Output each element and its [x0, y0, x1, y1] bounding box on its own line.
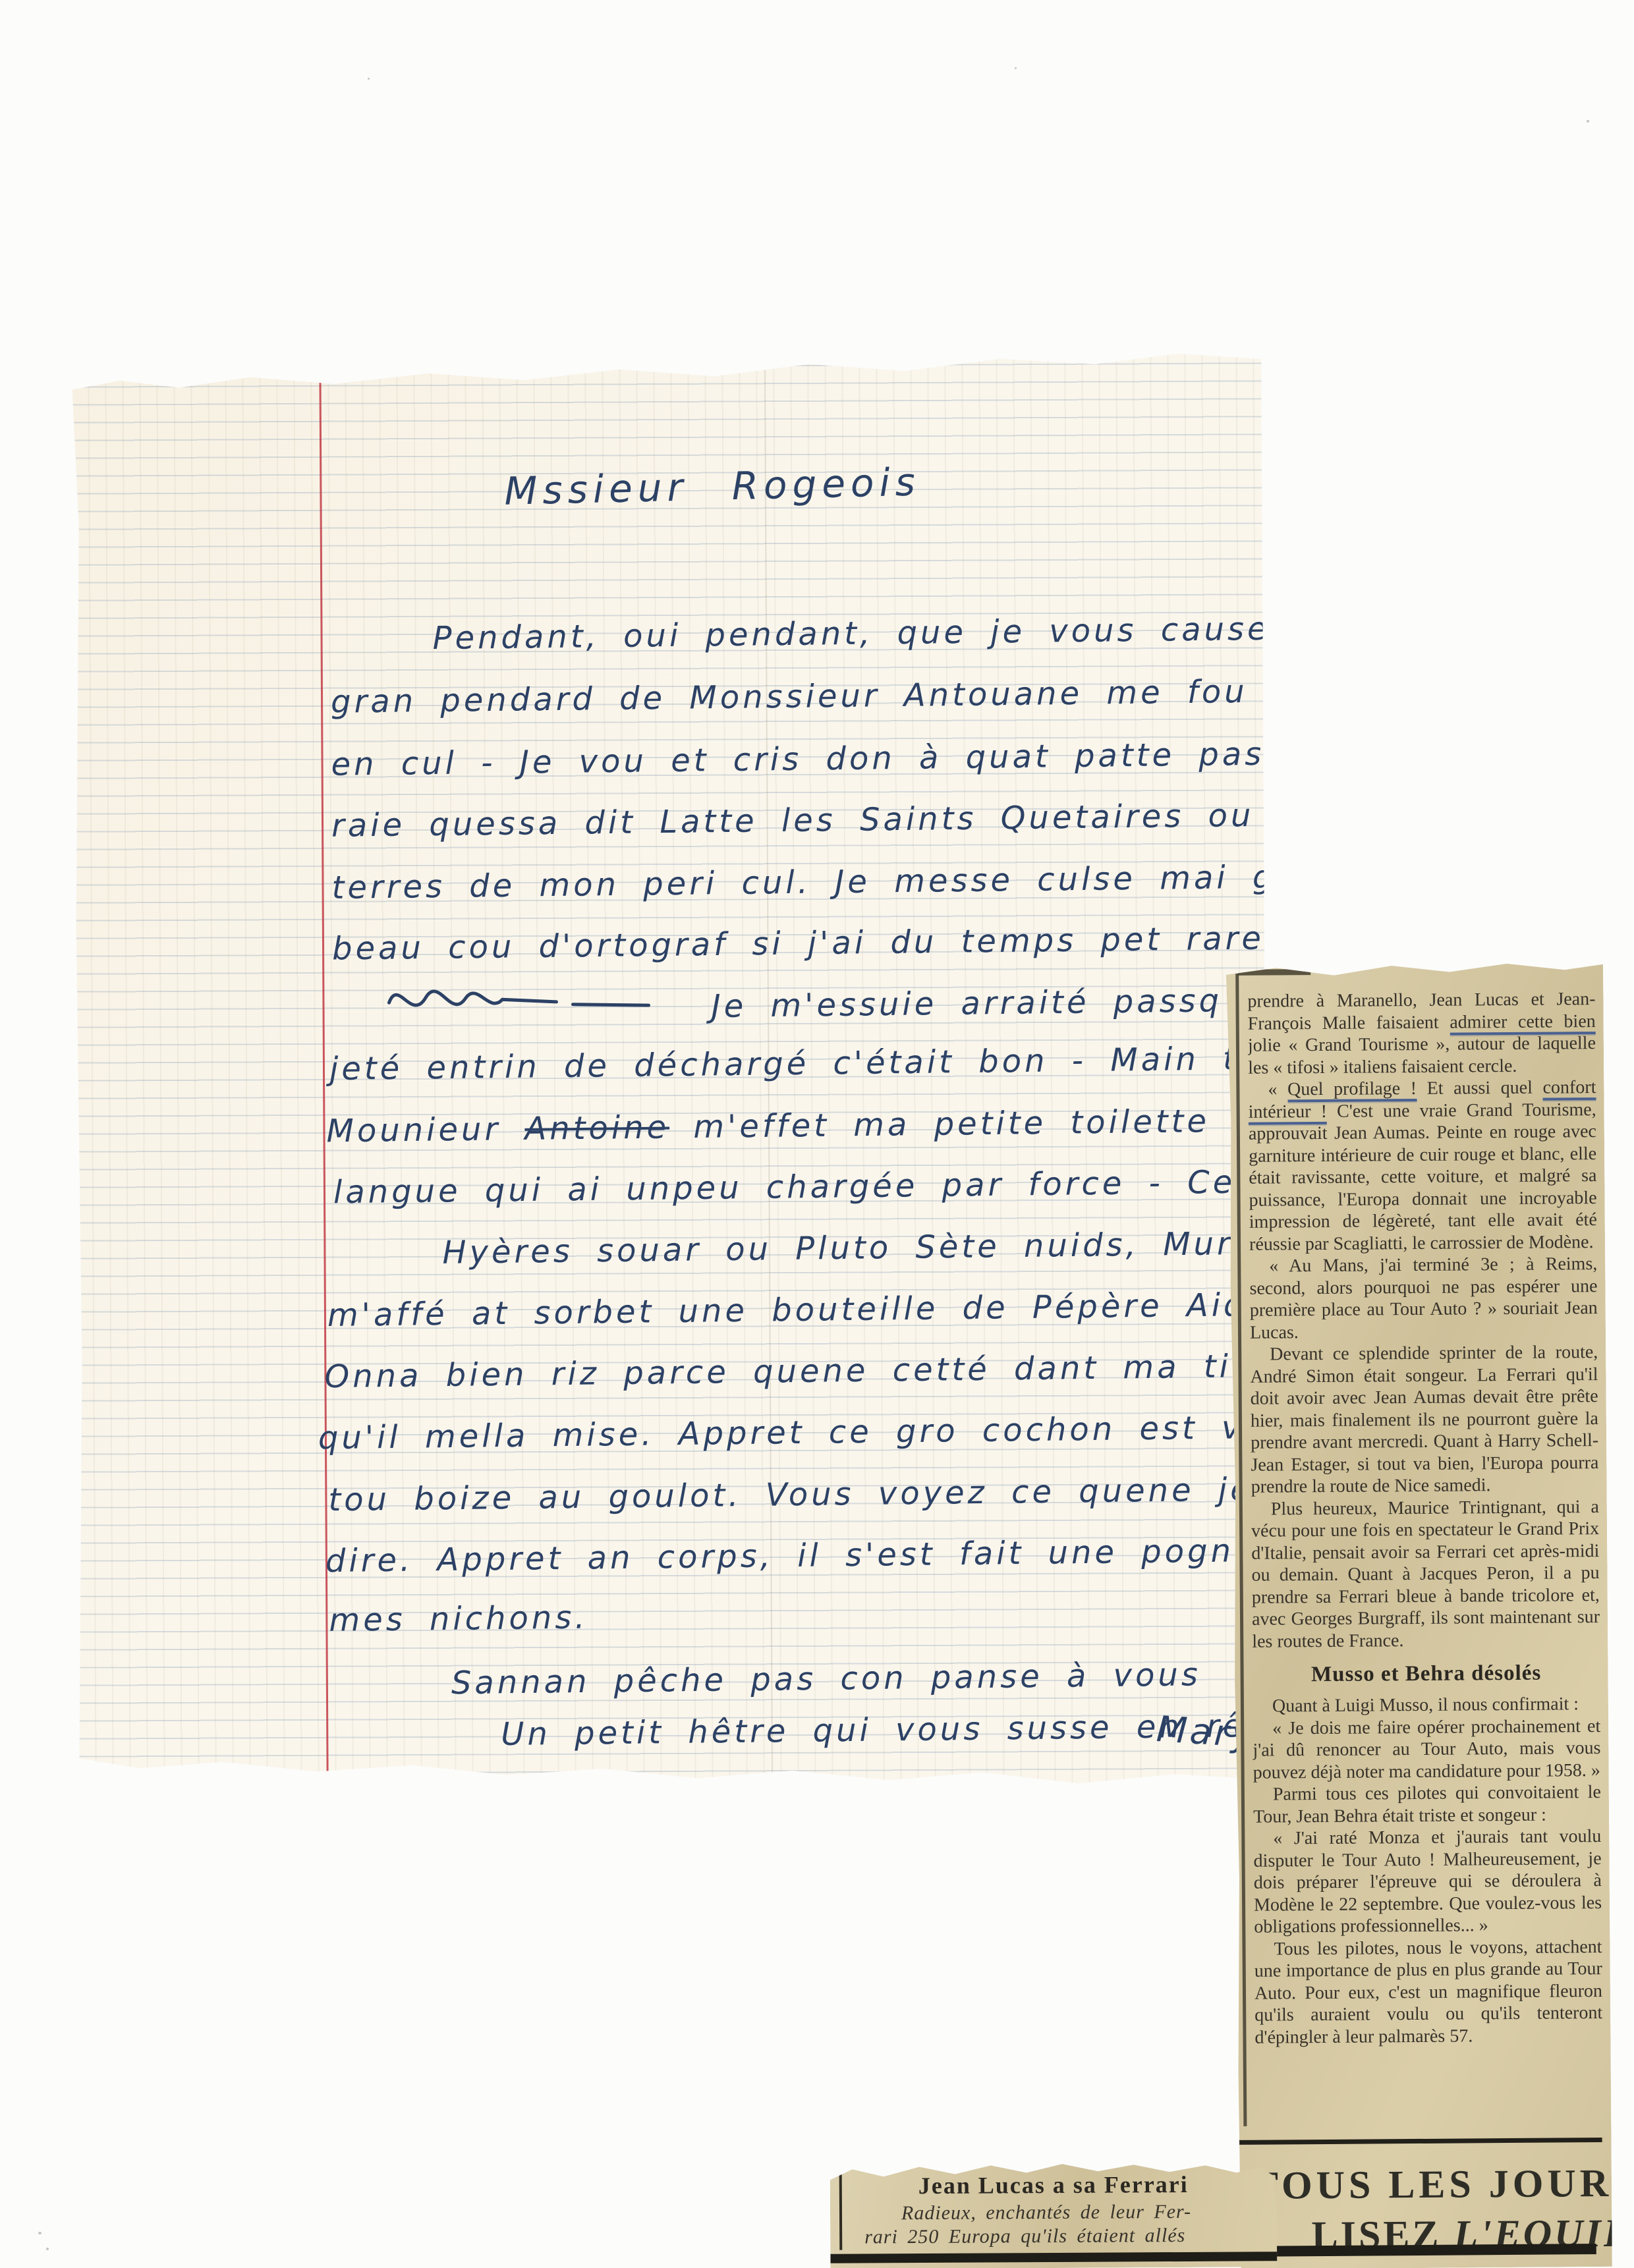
- letter-line: mes nichons.: [329, 1599, 588, 1638]
- letter-line: Mounieur Antoine m'effet ma petite toile…: [326, 1101, 1322, 1149]
- handwritten-letter-sheet: Mssieur Rogeois Pendant, oui pendant, qu…: [72, 346, 1268, 1791]
- clipping-subhead: Musso et Behra désolés: [1253, 1661, 1600, 1688]
- letter-line: Onna bien riz parce quene cetté dant ma …: [324, 1348, 1270, 1395]
- clipping-paragraph: « Je dois me faire opérer prochainement …: [1253, 1715, 1601, 1784]
- scan-speck: [1587, 120, 1589, 123]
- clipping-paragraph: « J'ai raté Monza et j'aurais tant voulu…: [1253, 1825, 1602, 1938]
- letter-line: Sannan pêche pas con panse à vous: [451, 1656, 1202, 1701]
- letter-salutation: Mssieur Rogeois: [504, 460, 921, 514]
- letter-line: dire. Appret an corps, il s'est fait une…: [325, 1532, 1257, 1580]
- strip-caption: Radieux, enchantés de leur Fer-rari 250 …: [830, 2200, 1277, 2203]
- letter-line: langue qui ai unpeu chargée par force - …: [333, 1163, 1322, 1211]
- strip-headline: Jean Lucas a sa Ferrari: [830, 2170, 1277, 2200]
- promo-headline-line1: TOUS LES JOURS: [1252, 2161, 1634, 2209]
- scan-speck: [1015, 67, 1017, 69]
- strip-bottom-rule: [830, 2252, 1277, 2263]
- column-rule: [1235, 974, 1247, 2126]
- scan-speck: [368, 78, 370, 80]
- clipping-paragraph: « Au Mans, j'ai terminé 3e ; à Reims, se…: [1249, 1253, 1598, 1344]
- clipping-paragraph: Quant à Luigi Musso, il nous confirmait …: [1253, 1693, 1600, 1717]
- strip-caption-line: Radieux, enchantés de leur Fer-: [901, 2201, 1191, 2225]
- letter-lines: Pendant, oui pendant, que je vous cause,…: [72, 346, 1261, 352]
- newspaper-clipping-column: prendre à Maranello, Jean Lucas et Jean-…: [1218, 960, 1612, 2268]
- scan-speck: [38, 2232, 42, 2234]
- struck-word: Antoine: [524, 1109, 669, 1147]
- letter-line: jeté entrin de déchargé c'était bon - Ma…: [329, 1040, 1262, 1088]
- letter-line: raie quessa dit Latte les Saints Quetair…: [331, 795, 1436, 844]
- scanned-document-page: { "scan": { "background": "#fcfcfb" }, "…: [0, 0, 1634, 2268]
- letter-line: en cul - Je vou et cris don à quat patte…: [331, 734, 1433, 783]
- strip-caption-line: rari 250 Europa qu'ils étaient allés: [864, 2225, 1185, 2249]
- letter-line: tou boize au goulot. Vous voyez ce quene…: [328, 1471, 1298, 1519]
- letter-line: Hyères souar ou Pluto Sète nuids, Mursie…: [442, 1225, 1311, 1271]
- clipping-paragraph: Tous les pilotes, nous le voyons, attach…: [1254, 1936, 1602, 2049]
- scan-speck: [46, 2248, 49, 2250]
- letter-line: Pendant, oui pendant, que je vous cause,…: [432, 609, 1351, 657]
- clipping-paragraph: prendre à Maranello, Jean Lucas et Jean-…: [1247, 988, 1596, 1079]
- clipping-paragraph: « Quel profilage ! Et aussi quel confort…: [1248, 1076, 1597, 1256]
- letter-line: beau cou d'ortograf si j'ai du temps pet…: [332, 919, 1374, 968]
- letter-line: m'affé at sorbet une bouteille de Pépère…: [327, 1286, 1247, 1334]
- letter-line: gran pendard de Monssieur Antouane me fo…: [331, 671, 1423, 721]
- clipping-paragraph: Parmi tous ces pilotes qui convoitaient …: [1253, 1781, 1601, 1828]
- letter-line: terres de mon peri cul. Je messe culse m…: [331, 857, 1450, 906]
- clipping-column-text: prendre à Maranello, Jean Lucas et Jean-…: [1247, 988, 1603, 2140]
- letter-line: Je m'essuie arraité passq: [711, 982, 1222, 1025]
- clipping-paragraph: Devant ce splendide sprinter de la route…: [1250, 1341, 1599, 1498]
- newspaper-clipping-strip: Jean Lucas a sa Ferrari Radieux, enchant…: [830, 2161, 1278, 2268]
- pen-underlined-phrase: admirer cette bien: [1450, 1011, 1596, 1036]
- pen-underlined-phrase: Quel profilage !: [1287, 1078, 1417, 1102]
- pen-squiggle: [385, 975, 701, 1033]
- clipping-paragraph: Plus heureux, Maurice Trintignant, qui a…: [1251, 1496, 1600, 1653]
- letter-line: qu'il mella mise. Appret ce gro cochon e…: [318, 1409, 1290, 1457]
